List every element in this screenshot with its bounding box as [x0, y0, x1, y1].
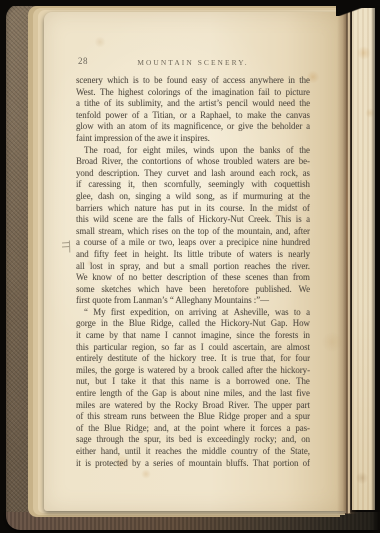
running-head: 28 MOUNTAIN SCENERY. — [76, 56, 310, 68]
text-line: miles,thegorgeiswateredbyabrookcalledaft… — [76, 365, 310, 377]
text-line: “Myfirstexpedition,onarrivingatAsheville… — [76, 307, 310, 319]
text-line: ifcaressingit,thenscornfully,seeminglywi… — [76, 179, 310, 191]
text-line: smallstream,whichrisesonthetopofthemount… — [76, 226, 310, 238]
text-line: ofthisstreamrunsbetweentheBlueRidgeprope… — [76, 411, 310, 423]
text-line: sagethroughthespur,itsbedisexceedinglyro… — [76, 434, 310, 446]
book-page: 28 MOUNTAIN SCENERY. scenerywhichistobef… — [44, 12, 346, 511]
text-line: gorgeintheBlueRidge,calledtheHickory-Nut… — [76, 318, 310, 330]
text-line: itcamebythatnameIcannotimagine,sincethef… — [76, 330, 310, 342]
text-line: atitheofitssublimity,andtheartist’spenci… — [76, 98, 310, 110]
text-line: scenerywhichistobefoundeasyofaccessanywh… — [76, 75, 310, 87]
text-line: nut,butItakeitthatthisnameisaborrowedone… — [76, 376, 310, 388]
text-line: BroadRiver,thecontortionsofwhosetroubled… — [76, 156, 310, 168]
text-line: Weknowofnobetterdescriptionofthesescenes… — [76, 272, 310, 284]
text-line: Theroad,foreightmiles,windsuponthebankso… — [76, 145, 310, 157]
text-line: alllostinspray,andbutasmallportionreache… — [76, 261, 310, 273]
right-edge-shadow — [371, 0, 380, 533]
book-photograph: 28 MOUNTAIN SCENERY. scenerywhichistobef… — [0, 0, 380, 533]
text-line: faint impression of the awe it inspires. — [76, 133, 310, 145]
text-line: thiswildscenearethefallsofHickory-NutCre… — [76, 214, 310, 226]
pencil-margin-mark — [62, 240, 71, 253]
text-line: oftheBlueRidge;and,atthepointwhereitforc… — [76, 423, 310, 435]
text-line: itisprotectedbyaseriesofmountainbluffs.T… — [76, 458, 310, 470]
top-background-band — [0, 0, 380, 6]
text-line: eitherhand,untilitreachesthemiddlecountr… — [76, 446, 310, 458]
text-line: yonddescription.Theycurvetandlasharounde… — [76, 168, 310, 180]
text-line: andfiftyfeetinheight.Itslittletributeofw… — [76, 249, 310, 261]
text-line: glee,dashon,singingawildsong,asifmurmuri… — [76, 191, 310, 203]
text-line: entirelengthoftheGapisaboutninemiles,and… — [76, 388, 310, 400]
page-text: scenerywhichistobefoundeasyofaccessanywh… — [76, 75, 310, 469]
running-header-title: MOUNTAIN SCENERY. — [76, 56, 310, 67]
text-line: tenfoldpowerofaTitian,oraRaphael,tomaket… — [76, 110, 310, 122]
page-number: 28 — [78, 56, 88, 66]
text-line: acourseofamileortwo,leapsoveraprecipicen… — [76, 237, 310, 249]
text-line: milesarewateredbytheRockyBroadRiver.Theu… — [76, 400, 310, 412]
text-line: West.Thehighestcoloringsoftheimagination… — [76, 87, 310, 99]
text-line: barrierswhichnaturehasputinitscourse.Int… — [76, 203, 310, 215]
text-line: glowwithanatomofitsmagnificence,orgiveth… — [76, 121, 310, 133]
text-line: entirelydestituteofthehickorytree.Itistr… — [76, 353, 310, 365]
text-line: thisparticularregion,sofarasIcouldascert… — [76, 342, 310, 354]
text-line: first quote from Lanman’s “ Alleghany Mo… — [76, 295, 310, 307]
text-line: somesketcheswhichhavebeenheretoforepubli… — [76, 284, 310, 296]
